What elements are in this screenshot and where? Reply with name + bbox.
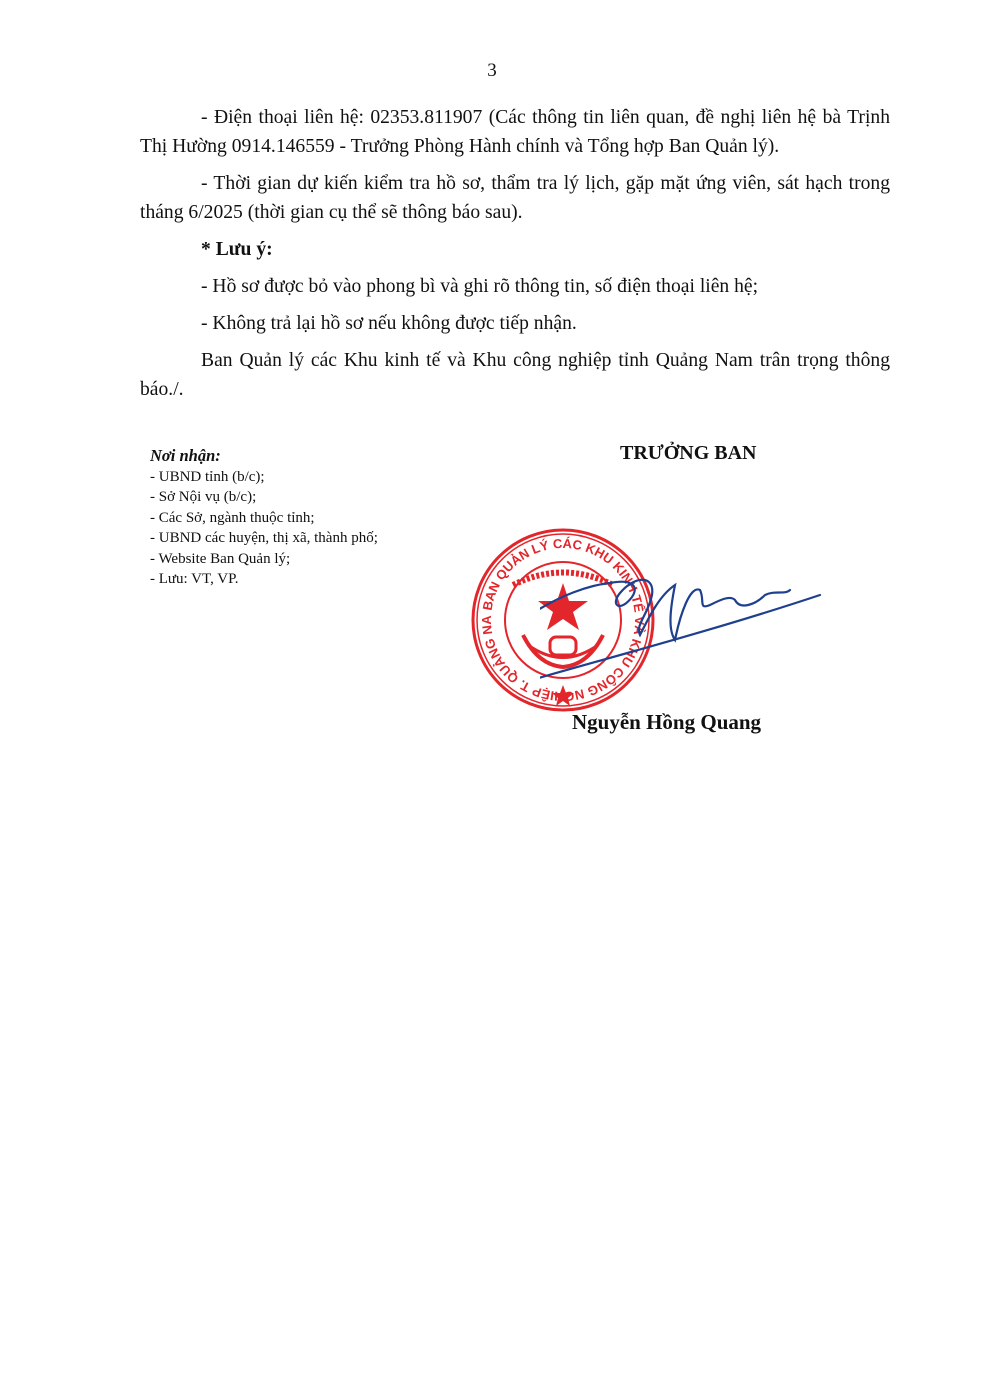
note-title: * Lưu ý: xyxy=(140,235,890,264)
position-title: TRƯỞNG BAN xyxy=(620,442,756,465)
note-item: - Không trả lại hồ sơ nếu không được tiế… xyxy=(140,309,890,338)
recipients-title: Nơi nhận: xyxy=(150,446,378,467)
recipient-item: - Các Sở, ngành thuộc tỉnh; xyxy=(150,508,378,529)
document-body: - Điện thoại liên hệ: 02353.811907 (Các … xyxy=(140,103,890,404)
closing-paragraph: Ban Quản lý các Khu kinh tế và Khu công … xyxy=(140,346,890,404)
page-number: 3 xyxy=(0,60,984,82)
signer-name: Nguyễn Hồng Quang xyxy=(572,710,761,735)
recipient-item: - Website Ban Quản lý; xyxy=(150,549,378,570)
contact-phone-paragraph: - Điện thoại liên hệ: 02353.811907 (Các … xyxy=(140,103,890,161)
recipient-item: - Sở Nội vụ (b/c); xyxy=(150,487,378,508)
recipient-item: - Lưu: VT, VP. xyxy=(150,569,378,590)
recipients-block: Nơi nhận: - UBND tỉnh (b/c); - Sở Nội vụ… xyxy=(150,446,378,590)
signature-icon xyxy=(540,555,830,685)
recipient-item: - UBND tỉnh (b/c); xyxy=(150,467,378,488)
schedule-paragraph: - Thời gian dự kiến kiểm tra hồ sơ, thẩm… xyxy=(140,169,890,227)
note-item: - Hồ sơ được bỏ vào phong bì và ghi rõ t… xyxy=(140,272,890,301)
recipient-item: - UBND các huyện, thị xã, thành phố; xyxy=(150,528,378,549)
